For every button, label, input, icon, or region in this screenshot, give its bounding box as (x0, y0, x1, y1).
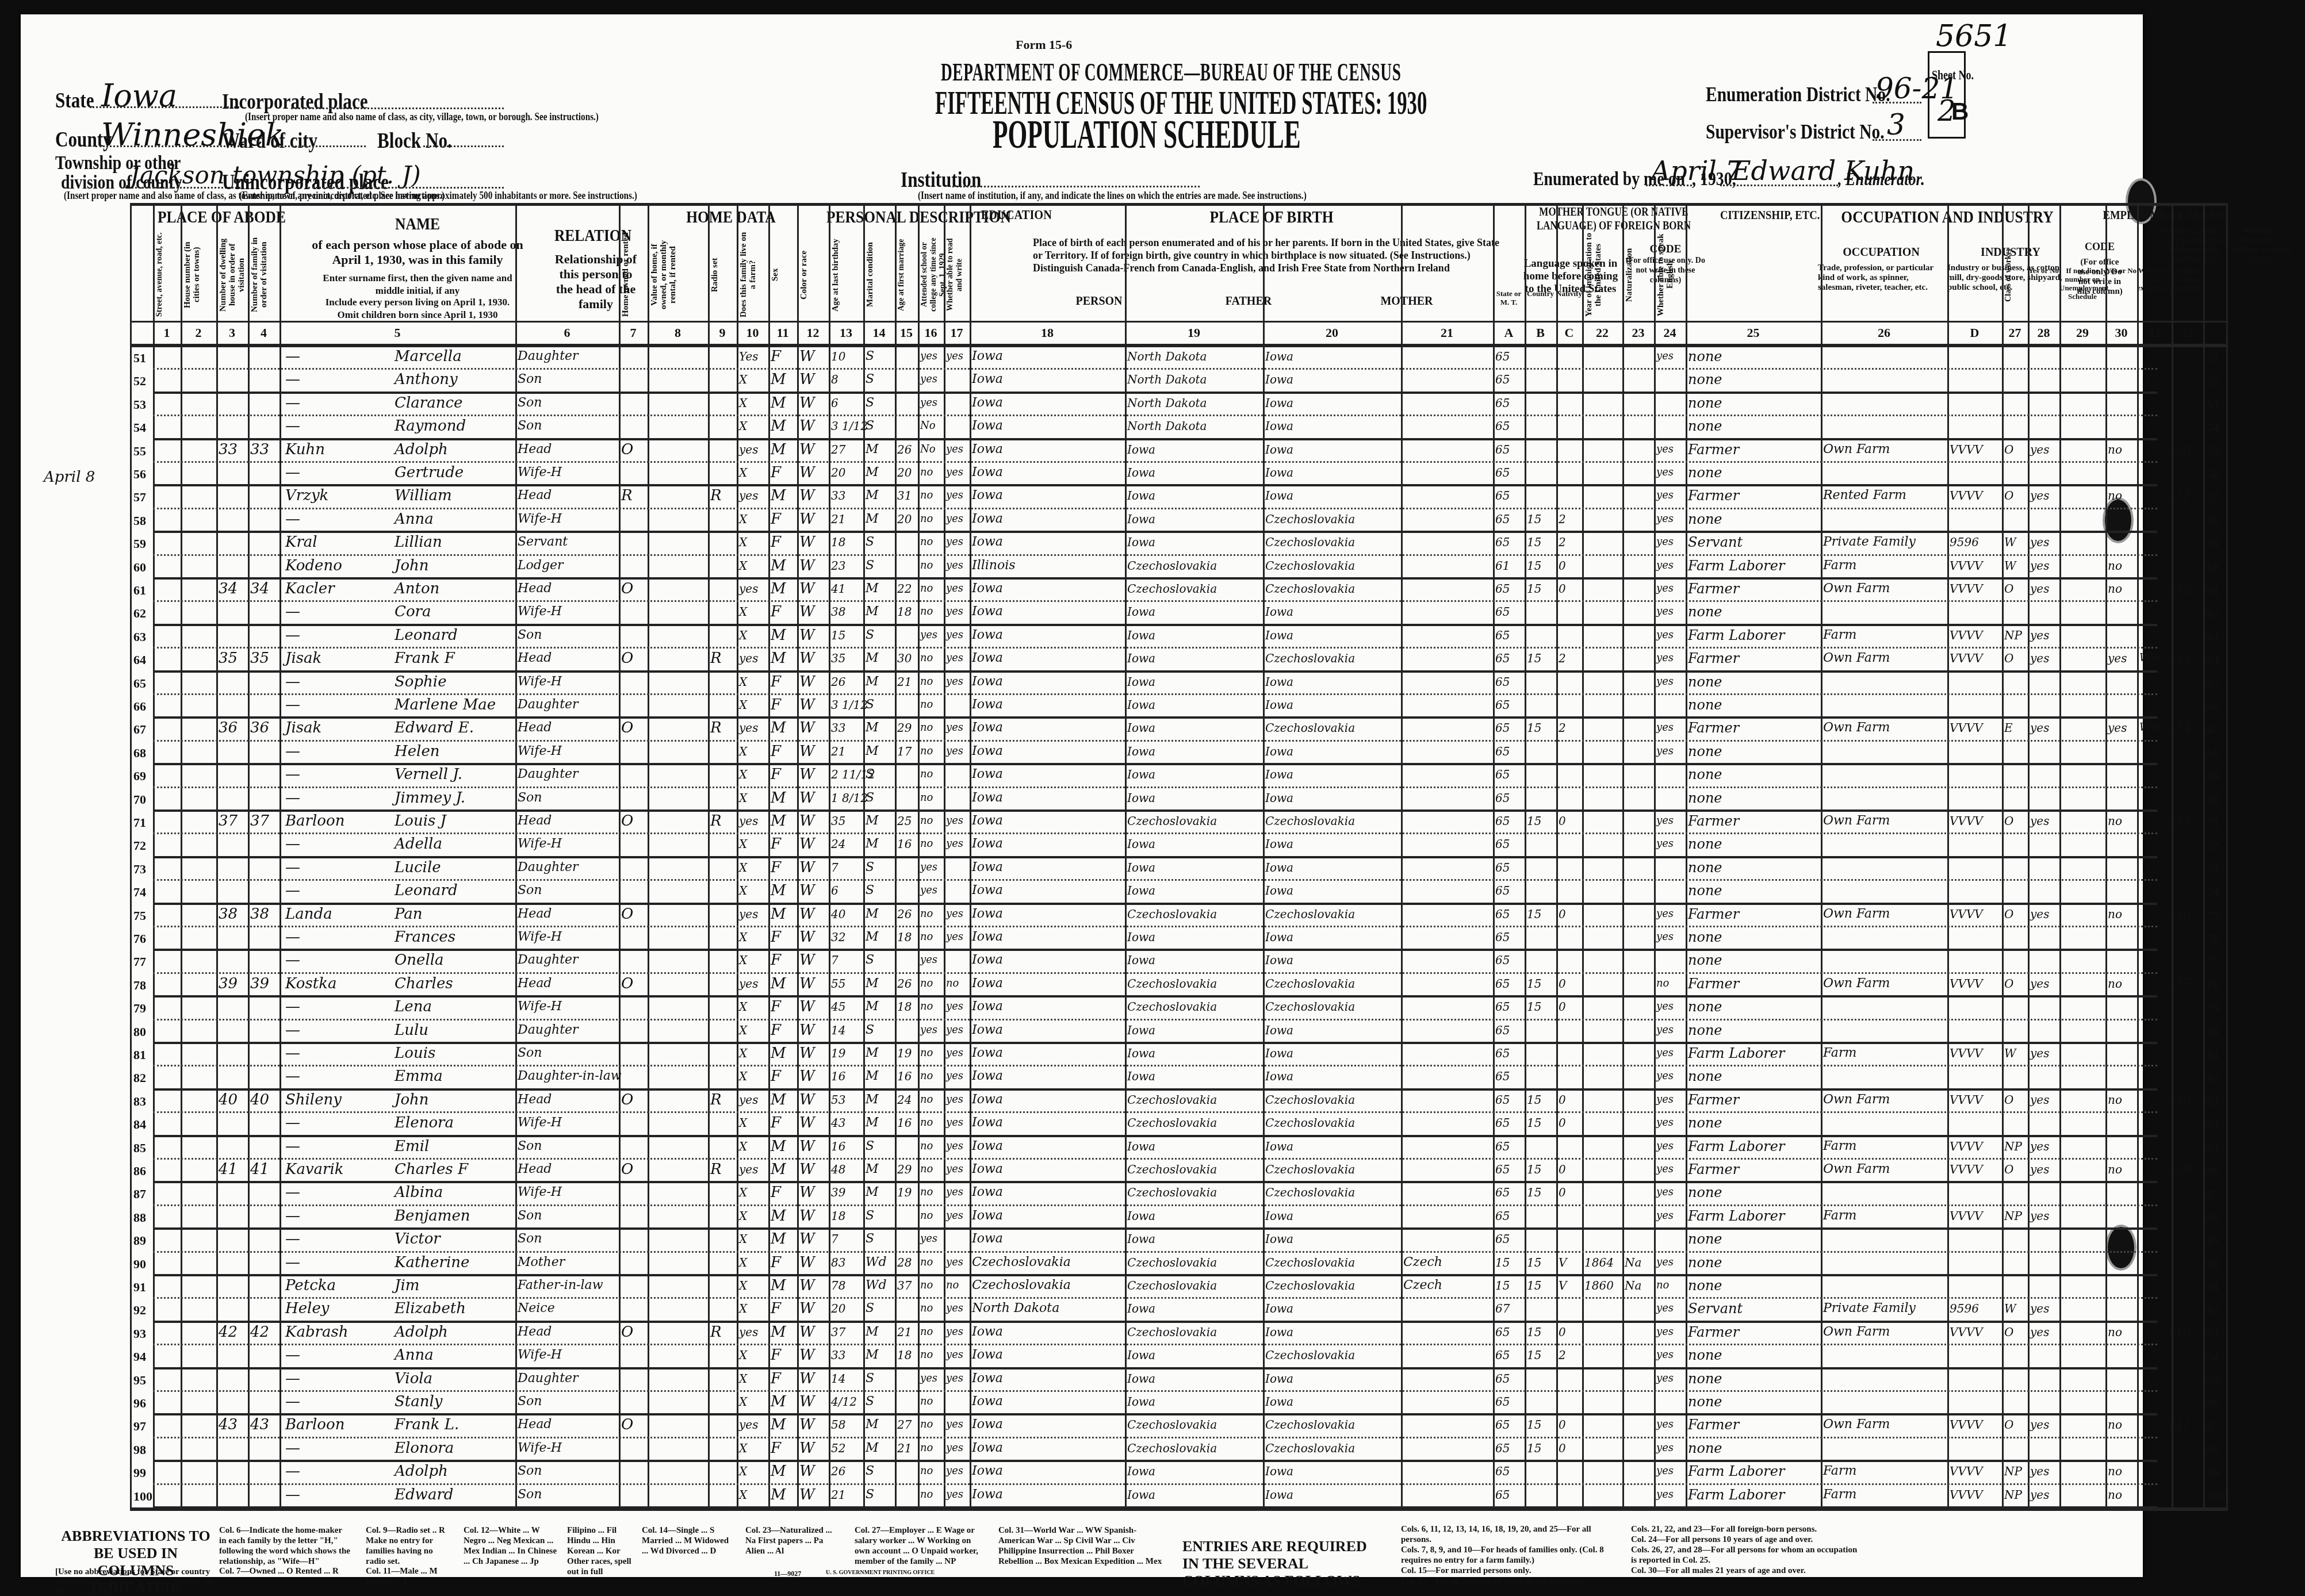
cell-sex: M (771, 1089, 796, 1108)
table-row: 9191PetckaJimFather-in-lawXMW78Wd37nonoC… (130, 1275, 2157, 1298)
cell-school: no (920, 1322, 943, 1340)
cell-dwelling (219, 741, 247, 759)
cell-radio (710, 1112, 736, 1131)
cell-age-marr (897, 369, 917, 388)
cell-class: O (2004, 1414, 2027, 1433)
column-number: 17 (944, 325, 970, 340)
cell-relation: Wife-H (518, 672, 618, 690)
cell-age: 58 (831, 1414, 862, 1433)
cell-given-name: Marlene Mae (395, 695, 515, 713)
cell-relation: Head (518, 1089, 618, 1108)
cell-surname: — (285, 462, 383, 481)
cell-school: no (920, 788, 943, 806)
line-number: 99 (2207, 1465, 2219, 1480)
cell-age: 35 (831, 648, 862, 666)
cell-war (2139, 1020, 2170, 1038)
line-number: 91 (133, 1280, 146, 1295)
name-note-2: Include every person living on April 1, … (314, 296, 521, 321)
line-number: 62 (2207, 606, 2219, 621)
cell-marital: M (866, 741, 894, 759)
cell-english: yes (1656, 672, 1684, 690)
cell-at-work (2030, 1066, 2058, 1084)
cell-vet (2108, 625, 2136, 643)
line-number: 100 (2207, 1489, 2226, 1504)
cell-farm-no: 30 (2174, 439, 2202, 458)
cell-war (2139, 834, 2170, 852)
cell-war (2139, 1368, 2170, 1387)
cell-class (2004, 601, 2027, 620)
cell-race: W (799, 1438, 828, 1456)
cell-owned: R (621, 485, 646, 504)
cell-birth-father: Iowa (1127, 462, 1262, 481)
cell-natur (1625, 1066, 1653, 1084)
cell-owned: O (621, 1089, 646, 1108)
cell-code-b: 15 (1527, 996, 1555, 1015)
cell-code-a: 65 (1495, 648, 1523, 666)
line-number: 76 (133, 931, 146, 946)
cell-natur (1625, 1298, 1653, 1317)
entries-8: Col. 30—For all males 21 years of age an… (1631, 1566, 1861, 1576)
line-number: 60 (2207, 560, 2219, 575)
cell-radio (710, 578, 736, 597)
cell-dwelling (219, 1461, 247, 1479)
cell-owned (621, 625, 646, 643)
cell-marital: S (866, 369, 894, 388)
cell-marital: S (866, 764, 894, 782)
cell-birth-mother: Czechoslovakia (1265, 1414, 1400, 1433)
cell-birth-mother: Czechoslovakia (1265, 532, 1400, 550)
cell-farm: yes (739, 648, 767, 666)
cell-code-b (1527, 695, 1555, 713)
column-number: 24 (1654, 325, 1686, 340)
cell-owned (621, 555, 646, 574)
cell-farm-no (2174, 834, 2202, 852)
cell-code-b: 15 (1527, 648, 1555, 666)
cell-code-b (1527, 346, 1555, 365)
cell-code-c (1559, 1020, 1581, 1038)
cell-relation: Son (518, 393, 618, 411)
cell-natur (1625, 1182, 1653, 1200)
cell-english: yes (1656, 1368, 1684, 1387)
entries-title: ENTRIES ARE REQUIRED IN THE SEVERAL COLU… (1182, 1538, 1378, 1590)
cell-class (2004, 1368, 2027, 1387)
cell-owned (621, 532, 646, 550)
cell-dwelling (219, 1066, 247, 1084)
cell-sex: M (771, 880, 796, 899)
cell-read (946, 1391, 968, 1410)
cell-tongue (1403, 1461, 1492, 1479)
cell-farm-no (2174, 1020, 2202, 1038)
cell-occupation: none (1688, 927, 1820, 945)
cell-given-name: Elizabeth (395, 1298, 515, 1317)
group-mother-tongue: MOTHER TONGUE (OR NATIVE LANGUAGE) OF FO… (1531, 205, 1697, 233)
cell-birth-mother: Iowa (1265, 1391, 1400, 1410)
cell-marital: S (866, 1391, 894, 1410)
cell-immig: 1860 (1584, 1275, 1621, 1294)
cell-family (250, 1182, 278, 1200)
cell-school: no (920, 1136, 943, 1154)
abbrev-col23: Col. 23—Naturalized ... Na First papers … (745, 1525, 843, 1556)
occupation-description: Trade, profession, or particular kind of… (1818, 263, 1944, 293)
line-number: 92 (2207, 1303, 2219, 1318)
line-number: 58 (2207, 513, 2219, 528)
line-number: 63 (133, 630, 146, 644)
cell-owned (621, 1229, 646, 1247)
cell-read: yes (946, 1043, 968, 1061)
cell-at-work: yes (2030, 718, 2058, 736)
column-header-code_b: Country (1525, 289, 1556, 298)
cell-dwelling (219, 1252, 247, 1271)
cell-english: yes (1656, 578, 1684, 597)
cell-farm: yes (739, 904, 767, 922)
column-number: 14 (863, 325, 895, 340)
cell-english: yes (1656, 648, 1684, 666)
cell-owned (621, 1112, 646, 1131)
cell-birth-mother: Czechoslovakia (1265, 811, 1400, 829)
cell-industry (1823, 1391, 1946, 1410)
cell-farm: X (739, 1275, 767, 1294)
cell-relation: Wife-H (518, 996, 618, 1015)
cell-english: yes (1656, 509, 1684, 527)
cell-family: 39 (250, 973, 278, 992)
cell-farm: X (739, 462, 767, 481)
cell-age: 52 (831, 1438, 862, 1456)
cell-war (2139, 416, 2170, 434)
cell-age-marr: 29 (897, 718, 917, 736)
cell-english: yes (1656, 1461, 1684, 1479)
cell-given-name: Lena (395, 996, 515, 1015)
cell-code-d: 9596 (1950, 532, 2001, 550)
cell-vet: yes (2108, 718, 2136, 736)
cell-natur (1625, 625, 1653, 643)
cell-relation: Son (518, 1461, 618, 1479)
cell-immig (1584, 695, 1621, 713)
line-number: 99 (133, 1465, 146, 1480)
table-row: 75753838LandaPanHeadOyesMW40M26noyesIowa… (130, 904, 2157, 927)
cell-code-a: 65 (1495, 1159, 1523, 1177)
enumerated-year: , 1930, (1692, 168, 1736, 190)
cell-class (2004, 1275, 2027, 1294)
cell-farm: X (739, 1368, 767, 1387)
cell-birth-mother: Czechoslovakia (1265, 1345, 1400, 1363)
cell-code-a: 65 (1495, 1414, 1523, 1433)
cell-sex: F (771, 927, 796, 945)
table-row: 5959KralLillianServantXFW18SnoyesIowaIow… (130, 532, 2157, 555)
cell-age: 21 (831, 1484, 862, 1503)
cell-relation: Head (518, 1159, 618, 1177)
cell-read: yes (946, 927, 968, 945)
cell-relation: Daughter (518, 857, 618, 876)
cell-natur (1625, 601, 1653, 620)
cell-relation: Daughter-in-law (518, 1066, 618, 1084)
cell-farm-no (2174, 369, 2202, 388)
cell-occupation: Farm Laborer (1688, 1206, 1820, 1224)
supervisor-label: Supervisor's District No. (1706, 120, 1885, 144)
column-number: 27 (2002, 325, 2028, 340)
cell-immig (1584, 950, 1621, 968)
cell-birth-mother: Iowa (1265, 625, 1400, 643)
cell-immig (1584, 973, 1621, 992)
cell-class: W (2004, 1043, 2027, 1061)
cell-birth-person: Iowa (972, 578, 1124, 597)
cell-code-b (1527, 369, 1555, 388)
cell-birth-father: North Dakota (1127, 346, 1262, 365)
cell-school: no (920, 578, 943, 597)
cell-farm: X (739, 672, 767, 690)
entries-1: Cols. 6, 11, 12, 13, 14, 16, 18, 19, 20,… (1401, 1524, 1619, 1545)
cell-war (2139, 555, 2170, 574)
row-rule (130, 203, 2228, 206)
cell-birth-father: North Dakota (1127, 369, 1262, 388)
column-header-dwelling: Number of dwelling house in order of vis… (219, 232, 246, 318)
line-number: 59 (133, 536, 146, 551)
cell-family: 35 (250, 648, 278, 666)
cell-school: no (920, 1391, 943, 1410)
cell-surname: Barloon (285, 811, 383, 829)
cell-birth-mother: Czechoslovakia (1265, 904, 1400, 922)
cell-birth-person: Iowa (972, 346, 1124, 365)
cell-surname: — (285, 927, 383, 945)
cell-industry (1823, 1112, 1946, 1131)
table-row: 8484—ElenoraWife-HXFW43M16noyesIowaCzech… (130, 1112, 2157, 1135)
cell-at-work (2030, 1020, 2058, 1038)
cell-birth-mother: Czechoslovakia (1265, 1089, 1400, 1108)
cell-war (2139, 904, 2170, 922)
cell-birth-person: Iowa (972, 880, 1124, 899)
cell-birth-mother: Iowa (1265, 393, 1400, 411)
cell-natur (1625, 439, 1653, 458)
cell-immig (1584, 672, 1621, 690)
line-number: 93 (2207, 1326, 2219, 1341)
cell-vet (2108, 1112, 2136, 1131)
cell-immig: 1864 (1584, 1252, 1621, 1271)
cell-given-name: Albina (395, 1182, 515, 1200)
cell-farm: yes (739, 1089, 767, 1108)
cell-war (2139, 1484, 2170, 1503)
table-row: 6363—LeonardSonXMW15SyesyesIowaIowaIowa6… (130, 625, 2157, 648)
cell-code-a: 65 (1495, 625, 1523, 643)
table-row: 9999—AdolphSonXMW26SnoyesIowaIowaIowa65y… (130, 1461, 2157, 1484)
cell-dwelling (219, 857, 247, 876)
cell-industry (1823, 393, 1946, 411)
group-education: EDUCATION (981, 208, 1045, 223)
cell-natur (1625, 695, 1653, 713)
cell-immig (1584, 1182, 1621, 1200)
cell-given-name: Clarance (395, 393, 515, 411)
sheet-side: B (1951, 98, 1969, 125)
cell-family (250, 1020, 278, 1038)
cell-family: 40 (250, 1089, 278, 1108)
cell-age-marr: 21 (897, 1438, 917, 1456)
cell-age: 33 (831, 485, 862, 504)
cell-farm: Yes (739, 346, 767, 365)
cell-code-d (1950, 695, 2001, 713)
cell-code-b: 15 (1527, 1159, 1555, 1177)
cell-school: yes (920, 857, 943, 876)
cell-dwelling (219, 1438, 247, 1456)
cell-birth-mother: Czechoslovakia (1265, 996, 1400, 1015)
cell-school: no (920, 834, 943, 852)
cell-industry: Own Farm (1823, 439, 1946, 458)
state-label: State (55, 88, 94, 113)
line-number: 90 (133, 1257, 146, 1272)
cell-occupation: Farm Laborer (1688, 1136, 1820, 1154)
cell-tongue: Czech (1403, 1275, 1492, 1294)
cell-natur (1625, 1322, 1653, 1340)
cell-english: yes (1656, 811, 1684, 829)
cell-birth-father: Czechoslovakia (1127, 1275, 1262, 1294)
column-number: 11 (768, 325, 797, 340)
cell-family (250, 857, 278, 876)
cell-surname: — (285, 625, 383, 643)
cell-age: 21 (831, 741, 862, 759)
cell-sex: F (771, 996, 796, 1015)
cell-given-name: Viola (395, 1368, 515, 1387)
cell-immig (1584, 1112, 1621, 1131)
cell-owned (621, 1438, 646, 1456)
cell-race: W (799, 393, 828, 411)
cell-birth-mother: Iowa (1265, 1229, 1400, 1247)
cell-radio (710, 416, 736, 434)
cell-farm-no: 34 (2174, 718, 2202, 736)
cell-marital: M (866, 1414, 894, 1433)
cell-occupation: none (1688, 764, 1820, 782)
table-row: 7676—FrancesWife-HXFW32M18noyesIowaIowaI… (130, 927, 2157, 950)
cell-read: yes (946, 578, 968, 597)
state-value: Iowa (101, 78, 177, 114)
cell-radio (710, 880, 736, 899)
cell-birth-father: Czechoslovakia (1127, 1252, 1262, 1271)
cell-age-marr (897, 532, 917, 550)
cell-vet (2108, 741, 2136, 759)
cell-vet (2108, 462, 2136, 481)
line-number: 55 (133, 444, 146, 459)
cell-tongue (1403, 1182, 1492, 1200)
cell-marital: S (866, 555, 894, 574)
cell-owned (621, 1298, 646, 1317)
cell-marital: M (866, 996, 894, 1015)
cell-relation: Father-in-law (518, 1275, 618, 1294)
cell-code-a: 61 (1495, 555, 1523, 574)
cell-farm-no (2174, 788, 2202, 806)
cell-farm: X (739, 950, 767, 968)
cell-occupation: Farmer (1688, 485, 1820, 504)
abbrev-col31: Col. 31—World War ... WW Spanish-America… (998, 1525, 1171, 1567)
cell-code-c: 2 (1559, 1345, 1581, 1363)
institution-note: (Insert name of institution, if any, and… (918, 190, 1307, 202)
cell-marital: M (866, 1322, 894, 1340)
cell-owned (621, 741, 646, 759)
column-header-value: Value of home, if owned, or monthly rent… (650, 232, 706, 318)
table-row: 8080—LuluDaughterXFW14SyesyesIowaIowaIow… (130, 1020, 2157, 1043)
cell-class: NP (2004, 1484, 2027, 1503)
cell-war (2139, 1159, 2170, 1177)
cell-age-marr: 24 (897, 1089, 917, 1108)
table-row: 5656—GertrudeWife-HXFW20M20noyesIowaIowa… (130, 462, 2157, 485)
cell-code-c: 0 (1559, 578, 1581, 597)
cell-occupation: none (1688, 1345, 1820, 1363)
cell-school: yes (920, 625, 943, 643)
cell-radio: R (710, 1322, 736, 1340)
cell-farm: X (739, 1043, 767, 1061)
cell-industry (1823, 416, 1946, 434)
cell-at-work (2030, 509, 2058, 527)
cell-marital: M (866, 973, 894, 992)
cell-owned: O (621, 718, 646, 736)
cell-natur (1625, 509, 1653, 527)
cell-age: 24 (831, 834, 862, 852)
cell-age-marr (897, 950, 917, 968)
cell-birth-person: Iowa (972, 648, 1124, 666)
line-number: 91 (2207, 1280, 2219, 1295)
cell-family (250, 1298, 278, 1317)
cell-immig (1584, 927, 1621, 945)
table-row: 9595—ViolaDaughterXFW14SyesyesIowaIowaIo… (130, 1368, 2157, 1391)
cell-school: no (920, 1484, 943, 1503)
cell-birth-father: Iowa (1127, 485, 1262, 504)
cell-farm-no (2174, 1368, 2202, 1387)
cell-race: W (799, 462, 828, 481)
cell-at-work: yes (2030, 555, 2058, 574)
cell-code-d: VVVV (1950, 1089, 2001, 1108)
cell-birth-father: Iowa (1127, 1391, 1262, 1410)
cell-age: 37 (831, 1322, 862, 1340)
cell-age-marr (897, 393, 917, 411)
entries-2: Cols. 7, 8, 9, and 10—For heads of famil… (1401, 1545, 1619, 1566)
cell-code-a: 65 (1495, 695, 1523, 713)
line-number: 73 (2207, 862, 2219, 877)
cell-code-d: VVVV (1950, 625, 2001, 643)
cell-farm-no: 41 (2174, 1414, 2202, 1433)
line-number: 52 (2207, 374, 2219, 389)
cell-dwelling: 38 (219, 904, 247, 922)
cell-age: 45 (831, 996, 862, 1015)
cell-age-marr: 18 (897, 927, 917, 945)
cell-tongue (1403, 648, 1492, 666)
line-number: 77 (2207, 954, 2219, 969)
line-number: 69 (133, 769, 146, 784)
cell-natur (1625, 1136, 1653, 1154)
cell-dwelling (219, 601, 247, 620)
cell-sex: M (771, 393, 796, 411)
cell-race: W (799, 1484, 828, 1503)
cell-code-a: 65 (1495, 788, 1523, 806)
cell-owned (621, 1066, 646, 1084)
cell-dwelling (219, 1391, 247, 1410)
cell-race: W (799, 648, 828, 666)
cell-english (1656, 950, 1684, 968)
cell-class: O (2004, 578, 2027, 597)
column-header-family: Number of family in order of visitation (250, 232, 277, 318)
line-number: 76 (2207, 931, 2219, 946)
cell-age: 55 (831, 973, 862, 992)
cell-industry (1823, 1229, 1946, 1247)
cell-code-d: VVVV (1950, 555, 2001, 574)
cell-birth-mother: Iowa (1265, 601, 1400, 620)
cell-age-marr: 27 (897, 1414, 917, 1433)
cell-industry (1823, 509, 1946, 527)
cell-english: yes (1656, 1484, 1684, 1503)
cell-class (2004, 393, 2027, 411)
cell-marital: M (866, 462, 894, 481)
cell-code-b (1527, 880, 1555, 899)
cell-farm: X (739, 1066, 767, 1084)
cell-read: yes (946, 904, 968, 922)
cell-farm-no (2174, 1182, 2202, 1200)
line-number: 71 (2207, 815, 2219, 830)
cell-code-a: 65 (1495, 811, 1523, 829)
cell-natur (1625, 648, 1653, 666)
